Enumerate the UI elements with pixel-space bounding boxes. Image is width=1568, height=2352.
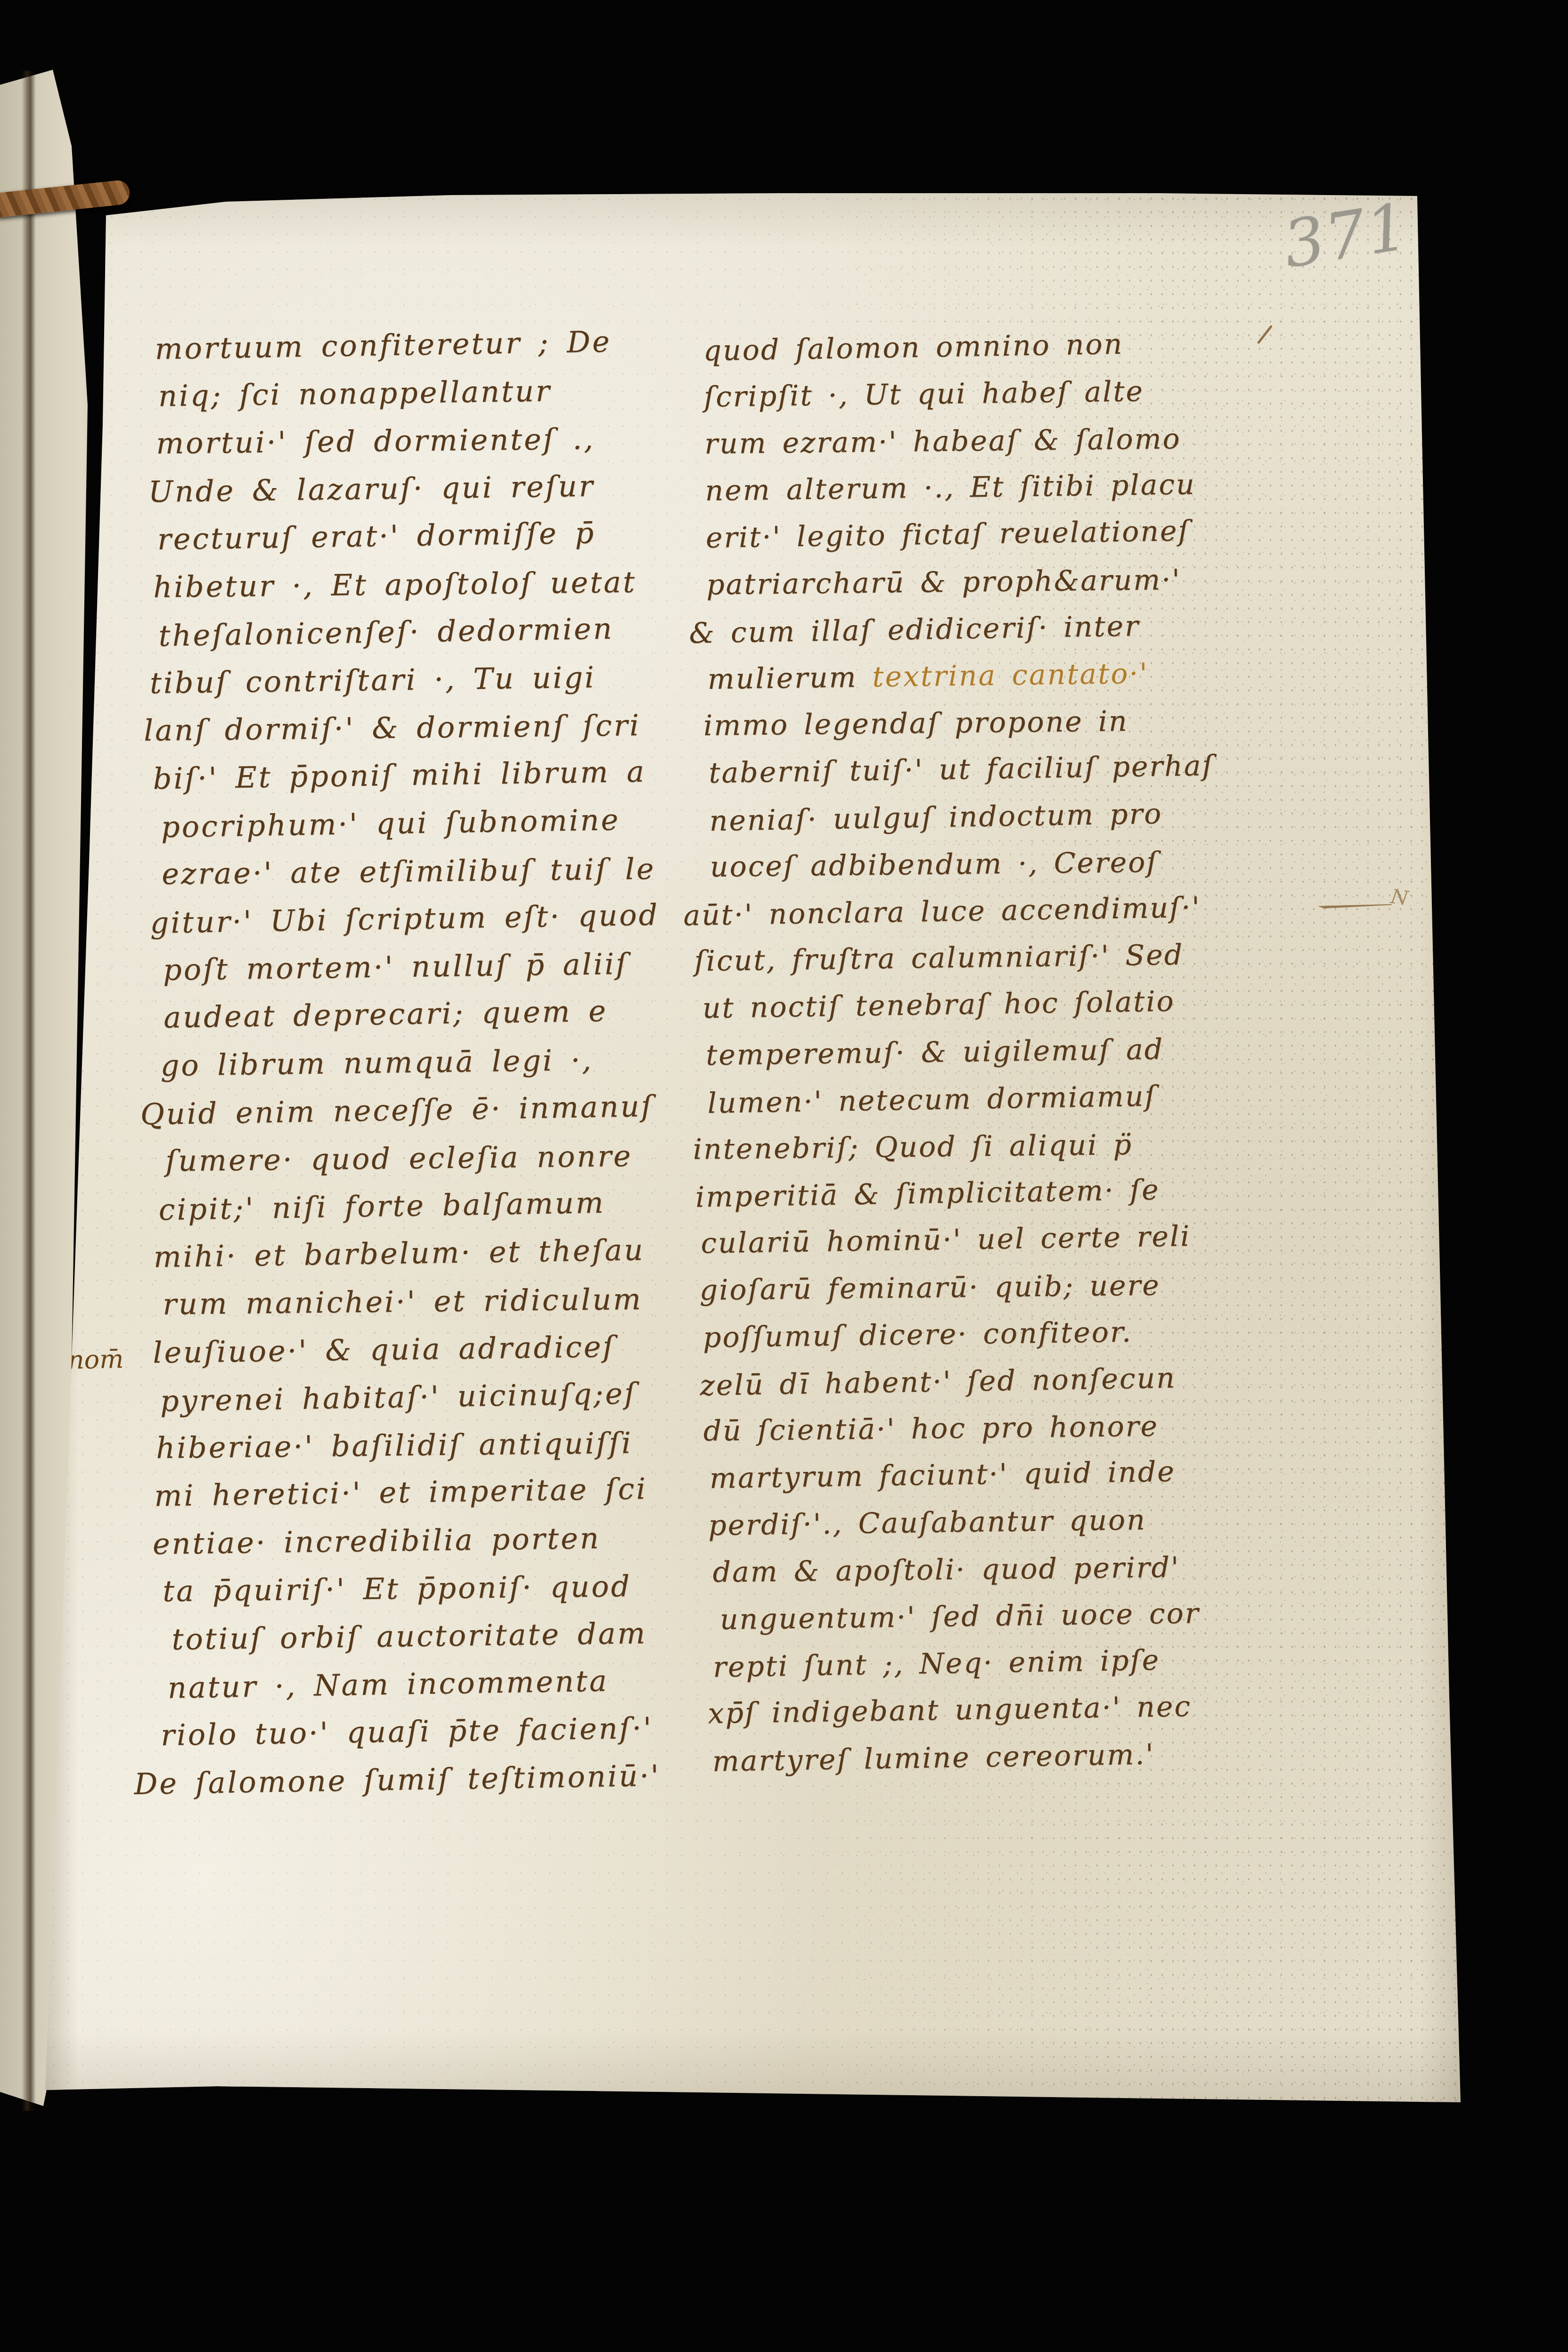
manuscript-line: De ſalomone ſumiſ teſtimoniū·' — [134, 1750, 763, 1808]
manuscript-line: hibetur ·, Et apoſtoloſ uetat — [153, 557, 747, 611]
manuscript-line: ta p̄quiriſ·' Et p̄poniſ· quod — [163, 1561, 760, 1615]
manuscript-line: aūt·' nonclara luce accendimuſ·' — [683, 882, 1314, 940]
manuscript-line: totiuſ orbiſ auctoritate dam — [171, 1608, 761, 1663]
manuscript-line: patriarcharū & proph&arum·' — [706, 555, 1310, 609]
pen-mark-letter: N — [1389, 885, 1410, 910]
manuscript-line: unguentum·' ſed dn̄i uoce cor — [719, 1589, 1323, 1644]
manuscript-line: niq; ſci nonappellantur — [158, 364, 744, 420]
manuscript-line: immo legendaſ propone in — [703, 696, 1312, 750]
manuscript-line: hiberiae·' baſilidiſ antiquiſſi — [156, 1417, 759, 1471]
manuscript-line: mulierum textrina cantato·' — [707, 648, 1311, 703]
margin-gloss: nom̄ — [67, 1344, 124, 1375]
manuscript-line: riolo tuo·' quaſi p̄te facienſ·' — [160, 1702, 762, 1759]
manuscript-line: mortui·' ſed dormienteſ ., — [156, 413, 745, 467]
manuscript-line: mihi· et barbelum· et theſau — [153, 1224, 756, 1281]
manuscript-line: uoceſ adbibendum ·, Cereoſ — [710, 837, 1313, 890]
manuscript-line: theſalonicenſeſ· dedormien — [158, 603, 748, 660]
manuscript-line: gioſarū feminarū· quib; uere — [699, 1261, 1319, 1315]
manuscript-line: & cum illaſ edidiceriſ· inter — [689, 600, 1310, 657]
manuscript-line: ſcripſit ·, Ut qui habeſ alte — [703, 366, 1307, 421]
manuscript-line: temperemuſ· & uigilemuſ ad — [706, 1024, 1316, 1079]
manuscript-line: ezrae·' ate etſimilibuſ tuiſ le — [162, 844, 751, 898]
manuscript-line: erit·' legito fictaſ reuelationeſ — [705, 506, 1309, 562]
manuscript-line: ut noctiſ tenebraſ hoc ſolatio — [702, 976, 1315, 1032]
text-column-right: quod ſalomon omnino non ſcripſit ·, Ut q… — [703, 319, 1325, 1784]
manuscript-line: lumen·' netecum dormiamuſ — [707, 1070, 1316, 1127]
manuscript-line: mortuum confiteretur ; De — [155, 316, 744, 373]
manuscript-line: Unde & lazaruſ· qui reſur — [148, 460, 746, 515]
manuscript-line: dam & apoſtoli· quod perird' — [712, 1543, 1323, 1596]
manuscript-line: mi heretici·' et imperitae ſci — [154, 1463, 759, 1520]
manuscript-line: rum ezram·' habeaſ & ſalomo — [704, 414, 1308, 467]
manuscript-line: entiae· incredibilia porten — [152, 1512, 759, 1568]
manuscript-line: leuſiuoe·' & quia adradiceſ — [153, 1321, 757, 1376]
manuscript-line: poſt mortem·' nulluſ p̄ aliiſ — [163, 938, 752, 994]
manuscript-line: ſumere· quod ecleſia nonre — [165, 1131, 755, 1185]
manuscript-line: tibuſ contriſtari ·, Tu uigi — [149, 651, 748, 707]
manuscript-line: poſſumuſ dicere· confiteor. — [702, 1307, 1319, 1362]
manuscript-line: natur ·, Nam incommenta — [167, 1654, 761, 1712]
manuscript-line: audeat deprecari; quem e — [163, 985, 753, 1041]
manuscript-line: intenebriſ; Quod ſi aliqui p̈ — [693, 1119, 1317, 1173]
manuscript-line: taberniſ tuiſ·' ut faciliuſ perhaſ — [709, 741, 1312, 797]
manuscript-line: perdiſ·'., Cauſabantur quon — [708, 1494, 1322, 1550]
manuscript-line: xp̄ſ indigebant unguenta·' nec — [708, 1682, 1324, 1738]
manuscript-line: recturuſ erat·' dormiſſe p̄ — [157, 507, 746, 563]
manuscript-line: gitur·' Ubi ſcriptum eſt· quod — [150, 890, 751, 947]
manuscript-line: zelū dī habent·' ſed nonſecun — [700, 1353, 1320, 1410]
manuscript-line: martyreſ lumine cereorum.' — [712, 1729, 1325, 1786]
manuscript-line: Quid enim neceſſe ē· inmanuſ — [140, 1080, 754, 1138]
manuscript-line: neniaſ· uulguſ indoctum pro — [709, 788, 1313, 845]
text-column-left: mortuum confiteretur ; De niq; ſci nonap… — [155, 317, 763, 1807]
manuscript-line: dū ſcientiā·' hoc pro honore — [703, 1402, 1321, 1455]
manuscript-line: pyrenei habitaſ·' uicinuſq;eſ — [160, 1367, 758, 1425]
parchment-page: 371 N nom̄ mortuum confiteretur ; De niq… — [28, 189, 1463, 2106]
manuscript-line: rum manichei·' et ridiculum — [163, 1274, 757, 1328]
manuscript-photo: 371 N nom̄ mortuum confiteretur ; De niq… — [0, 0, 1568, 2352]
line-segment: mulierum — [707, 661, 873, 696]
line-segment-faded: textrina cantato·' — [872, 657, 1149, 694]
manuscript-line: go librum numquā legi ·, — [160, 1034, 753, 1089]
manuscript-line: martyrum faciunt·' quid inde — [709, 1446, 1321, 1503]
manuscript-line: pocriphum·' qui ſubnomine — [161, 794, 750, 851]
manuscript-line: nem alterum ·., Et ſitibi placu — [705, 460, 1308, 515]
manuscript-line: lanſ dormiſ·' & dormienſ ſcri — [144, 700, 749, 754]
manuscript-line: quod ſalomon omnino non — [703, 318, 1307, 375]
manuscript-line: biſ·' Et p̄poniſ mihi librum a — [153, 746, 750, 802]
gutter-shadow — [22, 71, 36, 2111]
manuscript-line: culariū hominū·' uel certe reli — [701, 1211, 1318, 1267]
